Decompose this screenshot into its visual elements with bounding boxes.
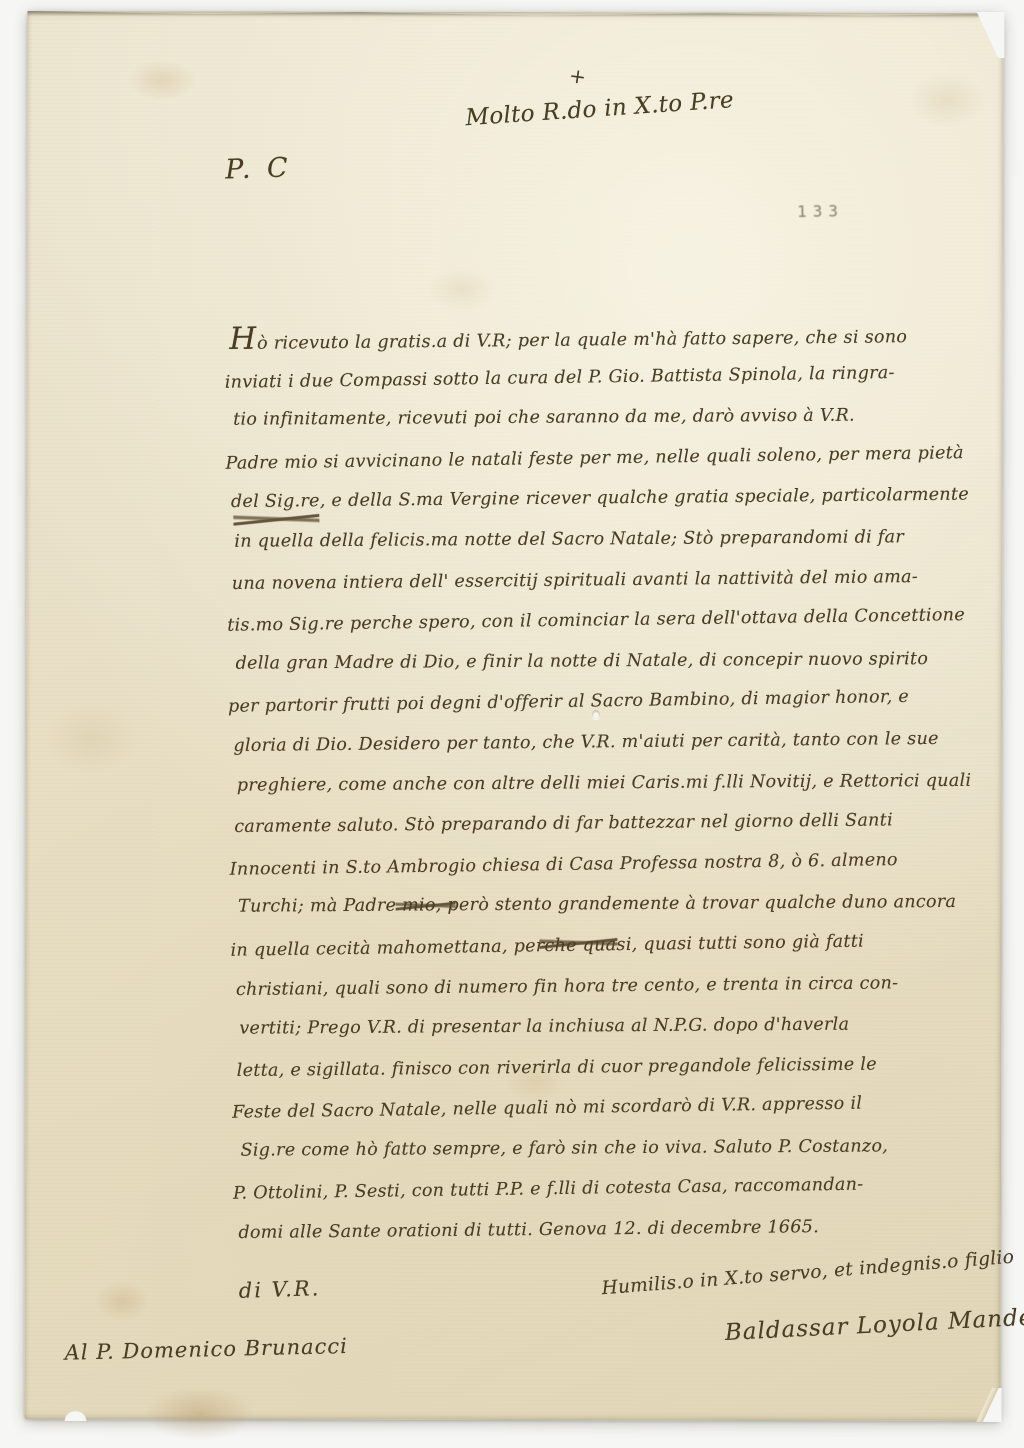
archive-number-stamp: 133: [797, 201, 844, 221]
paper-corner-cut: [970, 12, 1004, 58]
paper-stain: [127, 59, 197, 101]
paper-corner-fold: [976, 1388, 1002, 1422]
letter-body: Hò ricevuto la gratis.a di V.R; per la q…: [229, 312, 994, 1253]
salutation-pax-christi: P. C: [225, 152, 293, 185]
closing-formula: Humilis.o in X.to servo, et indegnis.o f…: [495, 1247, 1015, 1308]
paper-stain: [144, 1386, 254, 1441]
letter-heading: Molto R.do in X.to P.re: [465, 87, 735, 131]
paper-stain: [95, 1281, 150, 1321]
letter-line: vertiti; Prego V.R. di presentar la inch…: [239, 1004, 992, 1050]
letter-line: in quella della felicis.ma notte del Sac…: [234, 517, 987, 563]
paper-stain: [44, 701, 139, 776]
letter-page: + Molto R.do in X.to P.re P. C 133 Hò ri…: [25, 11, 1004, 1421]
letter-line: domi alle Sante orationi di tutti. Genov…: [238, 1205, 994, 1253]
valediction: di V.R.: [238, 1276, 320, 1303]
devotional-cross-mark: +: [568, 63, 588, 89]
photo-background: + Molto R.do in X.to P.re P. C 133 Hò ri…: [0, 0, 1024, 1448]
paper-stain: [907, 73, 987, 128]
paper-deckle-edge: [27, 11, 1003, 18]
paper-stain: [427, 267, 497, 312]
signature: Baldassar Loyola Mandes: [724, 1305, 1015, 1346]
paper-edge-nick: [63, 1409, 89, 1421]
recipient-address: Al P. Domenico Brunacci: [64, 1334, 348, 1365]
letter-line: preghiere, come anche con altre delli mi…: [237, 760, 990, 806]
